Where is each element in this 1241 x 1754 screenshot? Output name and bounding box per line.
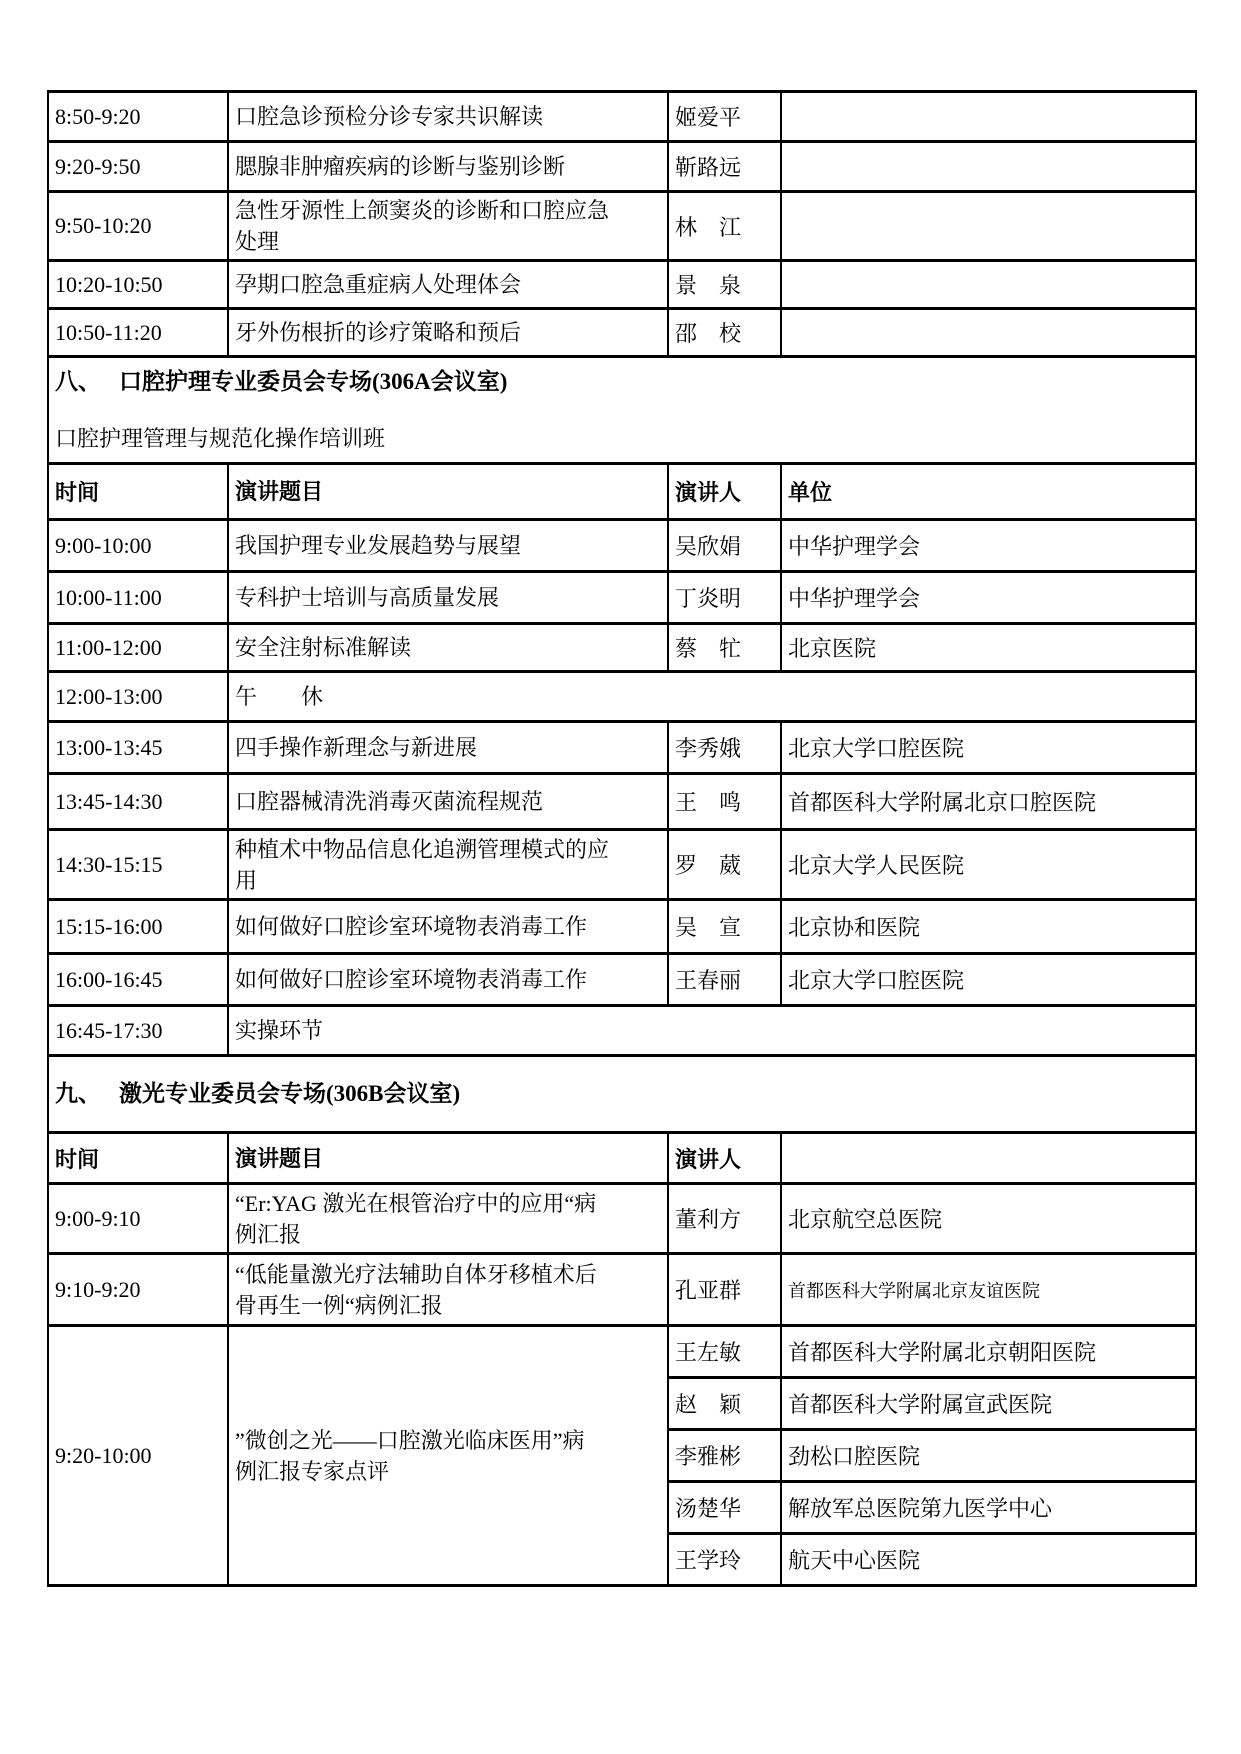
schedule-row: 16:00-16:45 如何做好口腔诊室环境物表消毒工作 王春丽 北京大学口腔医… [48,954,1196,1006]
practice-session-cell: 实操环节 [228,1006,1196,1056]
header-unit-empty [781,1133,1196,1184]
section-row-9: 九、激光专业委员会专场(306B会议室) [48,1056,1196,1133]
schedule-row: 10:50-11:20 牙外伤根折的诊疗策略和预后 邵 校 [48,309,1196,357]
speaker-cell: 姬爱平 [668,92,781,142]
time-cell: 14:30-15:15 [48,830,228,900]
topic-cell: “Er:YAG 激光在根管治疗中的应用“病 例汇报 [228,1184,668,1254]
unit-cell: 中华护理学会 [781,520,1196,572]
speaker-cell: 李秀娥 [668,722,781,774]
speaker-cell: 靳路远 [668,142,781,192]
topic-cell: 急性牙源性上颌窦炎的诊断和口腔应急 处理 [228,192,668,261]
speaker-cell: 林 江 [668,192,781,261]
conference-schedule-table: 8:50-9:20 口腔急诊预检分诊专家共识解读 姬爱平 9:20-9:50 腮… [47,90,1197,1587]
speaker-cell: 丁炎明 [668,572,781,624]
unit-cell [781,92,1196,142]
time-cell: 9:50-10:20 [48,192,228,261]
unit-cell: 北京大学人民医院 [781,830,1196,900]
schedule-row: 10:00-11:00 专科护士培训与高质量发展 丁炎明 中华护理学会 [48,572,1196,624]
speaker-cell: 王 鸣 [668,774,781,830]
topic-cell: 孕期口腔急重症病人处理体会 [228,261,668,309]
time-cell: 13:00-13:45 [48,722,228,774]
unit-cell: 劲松口腔医院 [781,1430,1196,1482]
speaker-cell: 汤楚华 [668,1482,781,1534]
time-cell: 11:00-12:00 [48,624,228,672]
time-cell: 8:50-9:20 [48,92,228,142]
unit-cell: 航天中心医院 [781,1534,1196,1586]
schedule-row: 13:00-13:45 四手操作新理念与新进展 李秀娥 北京大学口腔医院 [48,722,1196,774]
unit-cell: 北京大学口腔医院 [781,722,1196,774]
topic-cell: 专科护士培训与高质量发展 [228,572,668,624]
time-cell: 9:20-9:50 [48,142,228,192]
schedule-row: 15:15-16:00 如何做好口腔诊室环境物表消毒工作 吴 宣 北京协和医院 [48,900,1196,954]
time-cell: 10:00-11:00 [48,572,228,624]
speaker-cell: 王左敏 [668,1326,781,1378]
speaker-cell: 罗 葳 [668,830,781,900]
speaker-cell: 孔亚群 [668,1254,781,1326]
topic-cell: 如何做好口腔诊室环境物表消毒工作 [228,954,668,1006]
header-time: 时间 [48,1133,228,1184]
topic-cell: “低能量激光疗法辅助自体牙移植术后 骨再生一例“病例汇报 [228,1254,668,1326]
time-cell: 16:45-17:30 [48,1006,228,1056]
unit-cell [781,142,1196,192]
unit-cell: 首都医科大学附属宣武医院 [781,1378,1196,1430]
speaker-cell: 邵 校 [668,309,781,357]
unit-cell: 北京航空总医院 [781,1184,1196,1254]
topic-cell: 四手操作新理念与新进展 [228,722,668,774]
schedule-row: 9:00-9:10 “Er:YAG 激光在根管治疗中的应用“病 例汇报 董利方 … [48,1184,1196,1254]
table3-header-row: 时间 演讲题目 演讲人 [48,1133,1196,1184]
unit-cell [781,261,1196,309]
section-8-title: 口腔护理专业委员会专场(306A会议室) [119,369,507,394]
section-8-subtitle: 口腔护理管理与规范化操作培训班 [55,424,1189,454]
time-cell: 13:45-14:30 [48,774,228,830]
section-9-heading: 九、激光专业委员会专场(306B会议室) [55,1079,1189,1109]
schedule-row: 9:50-10:20 急性牙源性上颌窦炎的诊断和口腔应急 处理 林 江 [48,192,1196,261]
topic-cell: 口腔器械清洗消毒灭菌流程规范 [228,774,668,830]
speaker-cell: 王学玲 [668,1534,781,1586]
group-topic-cell: ”微创之光——口腔激光临床医用”病 例汇报专家点评 [228,1326,668,1586]
header-speaker: 演讲人 [668,464,781,520]
topic-cell: 安全注射标准解读 [228,624,668,672]
unit-cell: 北京大学口腔医院 [781,954,1196,1006]
time-cell: 9:10-9:20 [48,1254,228,1326]
topic-cell: 如何做好口腔诊室环境物表消毒工作 [228,900,668,954]
header-topic: 演讲题目 [228,1133,668,1184]
section-8-heading: 八、口腔护理专业委员会专场(306A会议室) [55,367,1189,397]
speaker-cell: 李雅彬 [668,1430,781,1482]
unit-cell: 首都医科大学附属北京友谊医院 [781,1254,1196,1326]
lunch-break-cell: 午 休 [228,672,1196,722]
schedule-row-practice: 16:45-17:30 实操环节 [48,1006,1196,1056]
document-page: 8:50-9:20 口腔急诊预检分诊专家共识解读 姬爱平 9:20-9:50 腮… [0,0,1241,1754]
time-cell: 12:00-13:00 [48,672,228,722]
schedule-group-row: 9:20-10:00 ”微创之光——口腔激光临床医用”病 例汇报专家点评 王左敏… [48,1326,1196,1378]
time-cell: 9:00-10:00 [48,520,228,572]
schedule-row: 14:30-15:15 种植术中物品信息化追溯管理模式的应 用 罗 葳 北京大学… [48,830,1196,900]
unit-cell: 北京医院 [781,624,1196,672]
header-topic: 演讲题目 [228,464,668,520]
speaker-cell: 董利方 [668,1184,781,1254]
unit-cell: 解放军总医院第九医学中心 [781,1482,1196,1534]
schedule-row: 9:10-9:20 “低能量激光疗法辅助自体牙移植术后 骨再生一例“病例汇报 孔… [48,1254,1196,1326]
schedule-row: 9:20-9:50 腮腺非肿瘤疾病的诊断与鉴别诊断 靳路远 [48,142,1196,192]
speaker-cell: 赵 颖 [668,1378,781,1430]
section-9-title: 激光专业委员会专场(306B会议室) [119,1081,460,1106]
time-cell: 10:50-11:20 [48,309,228,357]
unit-cell [781,309,1196,357]
table2-header-row: 时间 演讲题目 演讲人 单位 [48,464,1196,520]
unit-cell: 首都医科大学附属北京口腔医院 [781,774,1196,830]
schedule-row: 11:00-12:00 安全注射标准解读 蔡 牤 北京医院 [48,624,1196,672]
schedule-row: 8:50-9:20 口腔急诊预检分诊专家共识解读 姬爱平 [48,92,1196,142]
topic-cell: 口腔急诊预检分诊专家共识解读 [228,92,668,142]
time-cell: 15:15-16:00 [48,900,228,954]
speaker-cell: 吴 宣 [668,900,781,954]
section-9-cell: 九、激光专业委员会专场(306B会议室) [48,1056,1196,1133]
schedule-row: 9:00-10:00 我国护理专业发展趋势与展望 吴欣娟 中华护理学会 [48,520,1196,572]
group-time-cell: 9:20-10:00 [48,1326,228,1586]
time-cell: 9:00-9:10 [48,1184,228,1254]
topic-cell: 牙外伤根折的诊疗策略和预后 [228,309,668,357]
section-9-number: 九、 [55,1081,101,1106]
time-cell: 10:20-10:50 [48,261,228,309]
section-row-8: 八、口腔护理专业委员会专场(306A会议室) 口腔护理管理与规范化操作培训班 [48,357,1196,464]
unit-cell: 中华护理学会 [781,572,1196,624]
topic-cell: 腮腺非肿瘤疾病的诊断与鉴别诊断 [228,142,668,192]
time-cell: 16:00-16:45 [48,954,228,1006]
speaker-cell: 王春丽 [668,954,781,1006]
topic-cell: 我国护理专业发展趋势与展望 [228,520,668,572]
header-unit: 单位 [781,464,1196,520]
section-8-number: 八、 [55,369,101,394]
unit-cell [781,192,1196,261]
speaker-cell: 吴欣娟 [668,520,781,572]
schedule-row-lunch-break: 12:00-13:00 午 休 [48,672,1196,722]
schedule-row: 13:45-14:30 口腔器械清洗消毒灭菌流程规范 王 鸣 首都医科大学附属北… [48,774,1196,830]
section-8-cell: 八、口腔护理专业委员会专场(306A会议室) 口腔护理管理与规范化操作培训班 [48,357,1196,464]
unit-cell: 北京协和医院 [781,900,1196,954]
unit-cell: 首都医科大学附属北京朝阳医院 [781,1326,1196,1378]
speaker-cell: 蔡 牤 [668,624,781,672]
header-speaker: 演讲人 [668,1133,781,1184]
speaker-cell: 景 泉 [668,261,781,309]
header-time: 时间 [48,464,228,520]
topic-cell: 种植术中物品信息化追溯管理模式的应 用 [228,830,668,900]
schedule-row: 10:20-10:50 孕期口腔急重症病人处理体会 景 泉 [48,261,1196,309]
